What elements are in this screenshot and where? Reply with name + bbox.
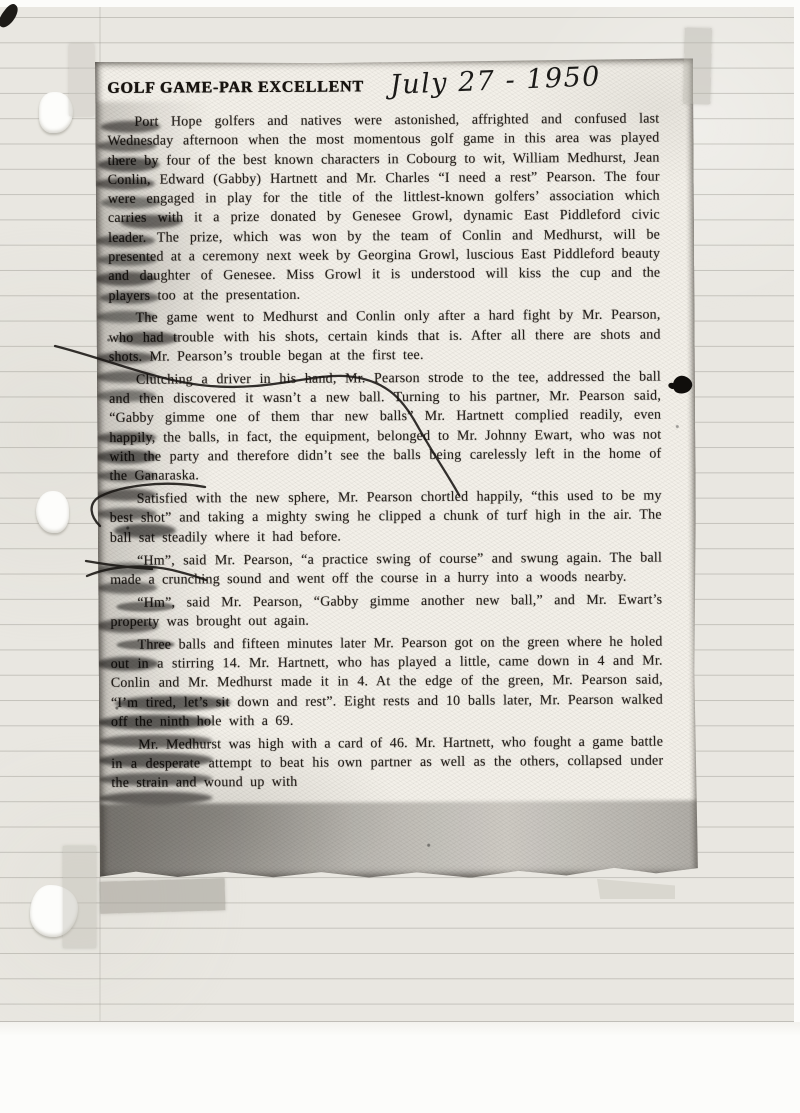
tape-strip-top-left [69,44,94,116]
article-paragraph-7: Three balls and fifteen minutes later Mr… [111,632,664,732]
scan-background: GOLF GAME-PAR EXCELLENT July 27 - 1950 P… [0,0,800,1113]
article-paragraph-4: Satisfied with the new sphere, Mr. Pears… [110,487,662,548]
article-paragraph-6: “Hm”, said Mr. Pearson, “Gabby gimme ano… [110,590,662,632]
handwritten-date: July 27 - 1950 [389,61,601,101]
article-paragraph-5: “Hm”, said Mr. Pearson, “a practice swin… [110,548,662,590]
tape-strip-top-right [683,28,712,105]
tape-strip-bottom [100,878,226,913]
newspaper-clipping: GOLF GAME-PAR EXCELLENT July 27 - 1950 P… [95,58,698,880]
tape-strip-bottom-left [63,846,96,948]
article-paragraph-1: Port Hope golfers and natives were aston… [107,110,660,306]
article-paragraph-2: The game went to Medhurst and Conlin onl… [109,306,661,367]
scanner-background [0,1022,800,1113]
clipping-header: GOLF GAME-PAR EXCELLENT July 27 - 1950 [107,72,659,108]
article-title: GOLF GAME-PAR EXCELLENT [107,73,364,98]
paper-hole-middle [36,491,69,533]
article-paragraph-8: Mr. Medhurst was high with a card of 46.… [111,732,663,793]
bottom-paragraph-smudge [100,800,698,880]
article-paragraph-3: Clutching a driver in his hand, Mr. Pear… [109,367,662,486]
